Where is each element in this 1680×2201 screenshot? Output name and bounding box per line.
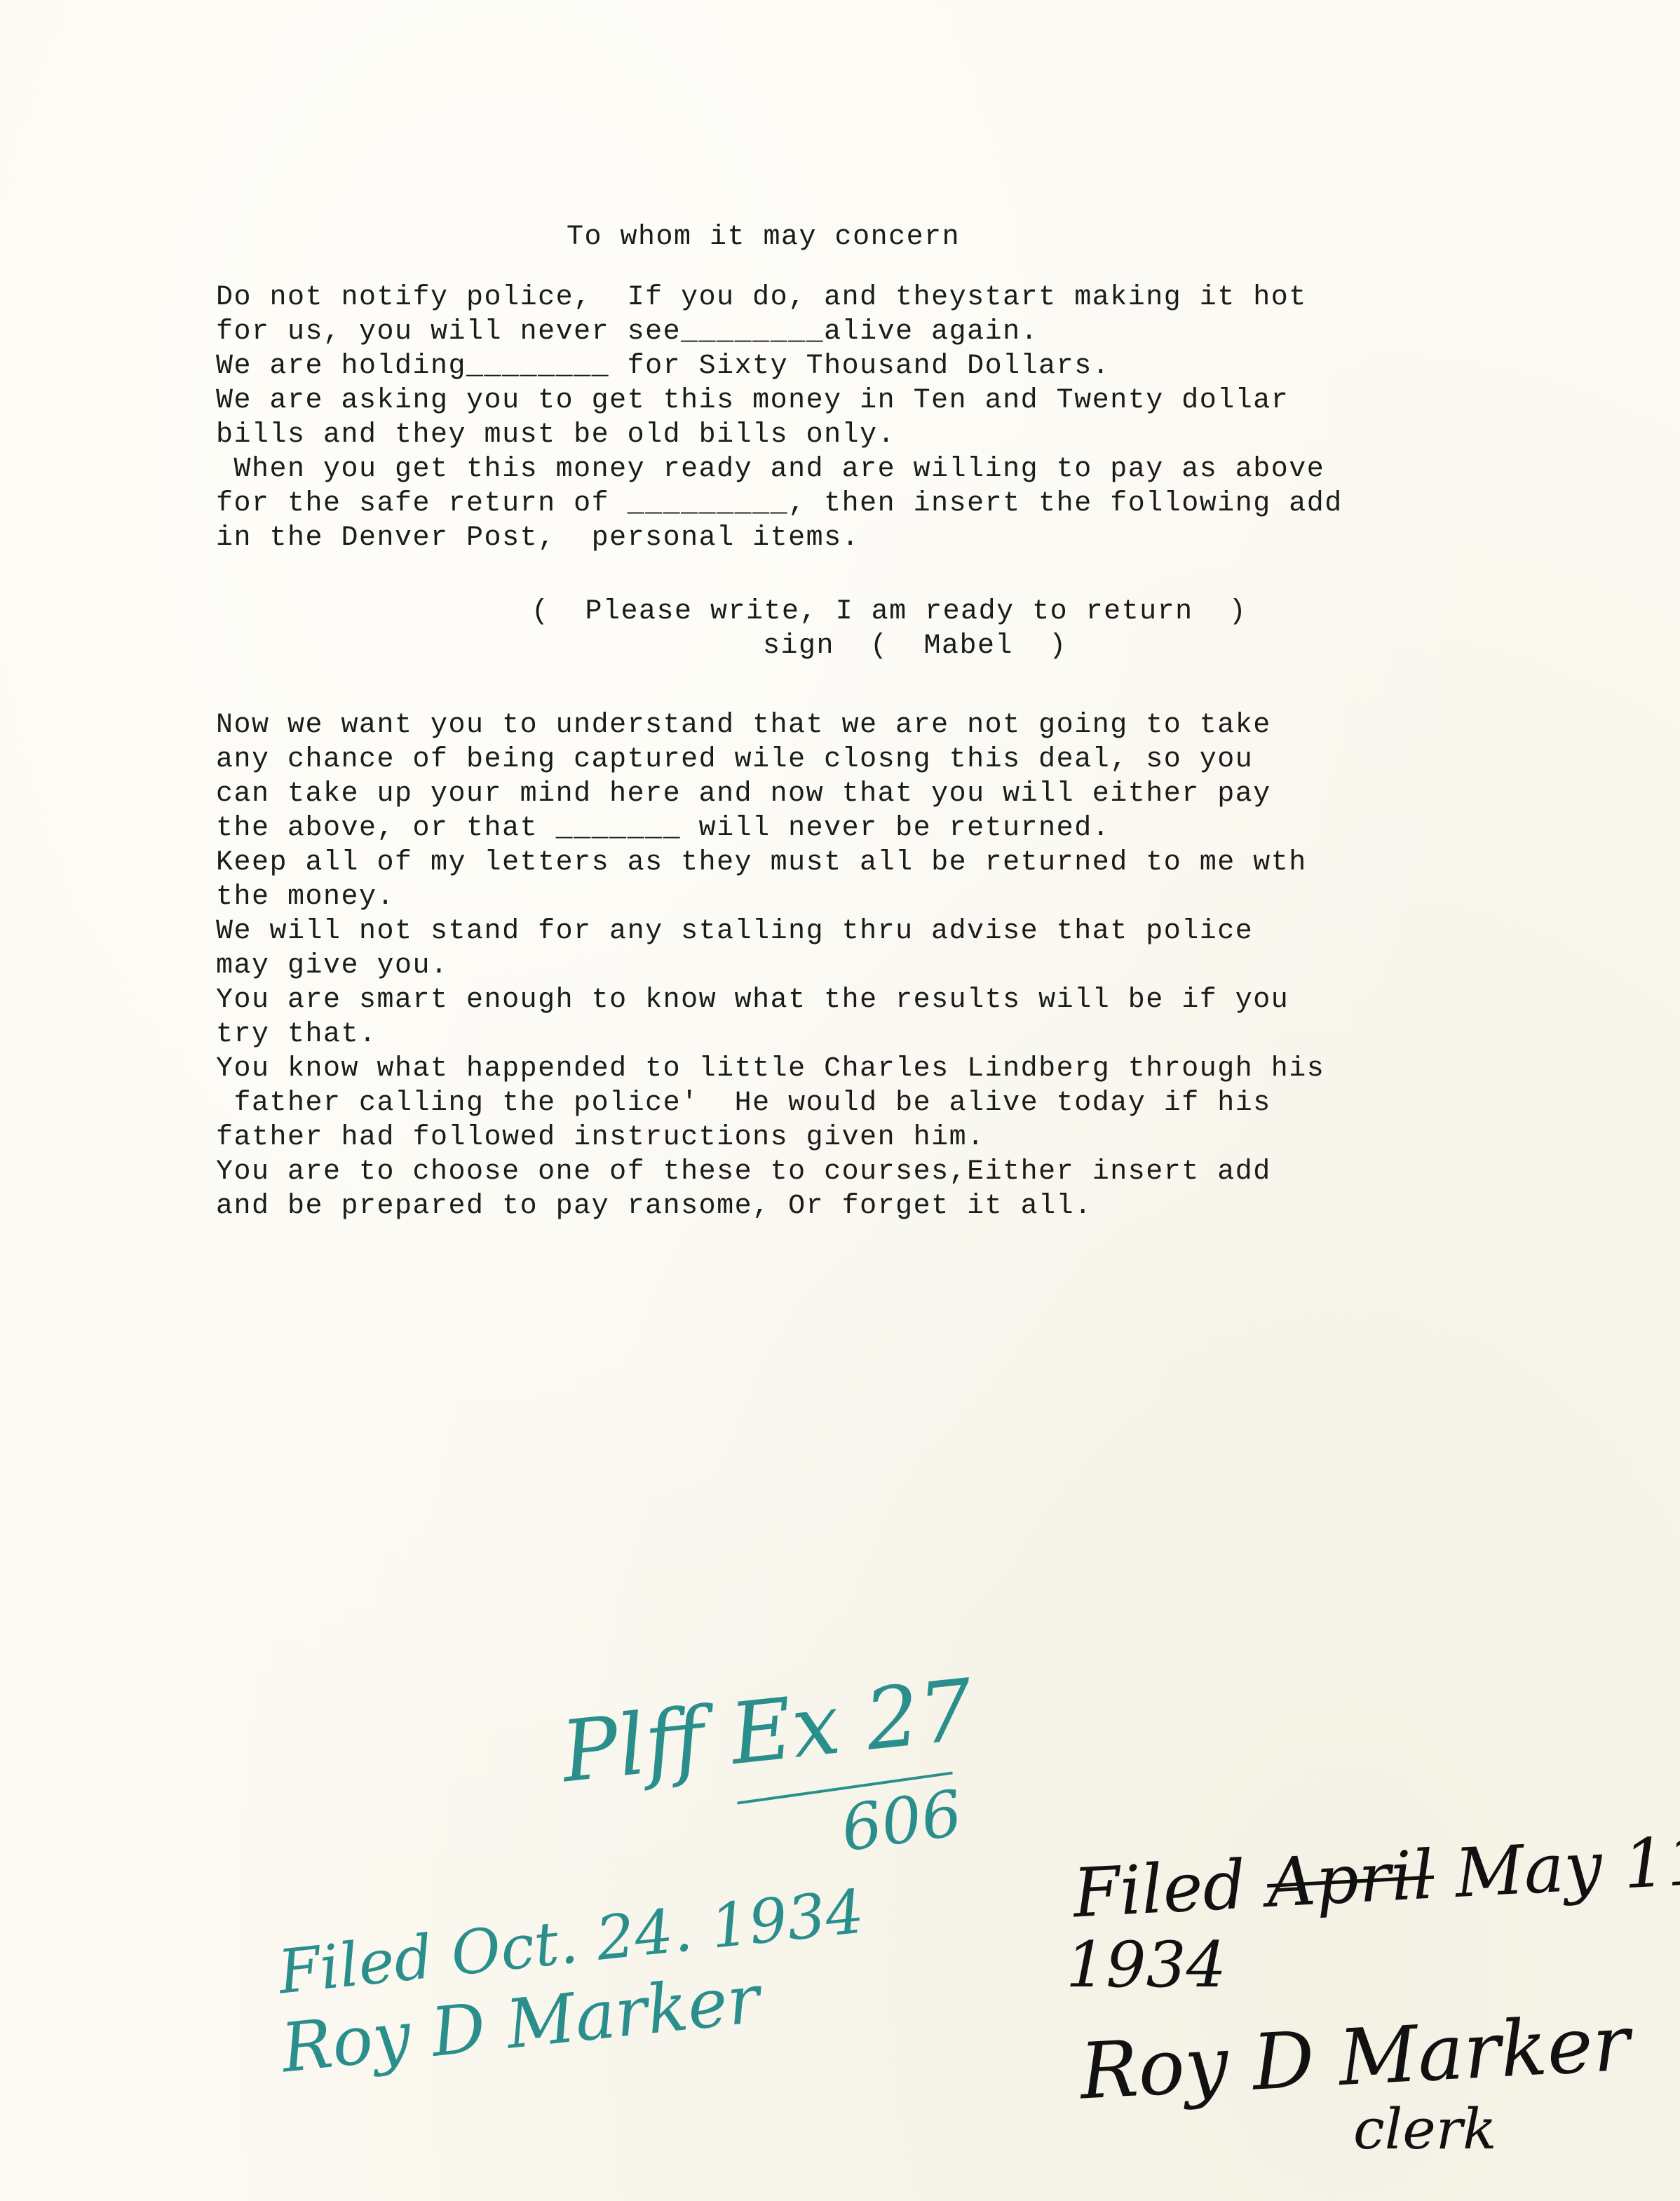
struck-month: April <box>1265 1836 1436 1923</box>
text-line: any chance of being captured wile closng… <box>216 743 1325 777</box>
text-line: Now we want you to understand that we ar… <box>216 708 1325 743</box>
text-line: father calling the police' He would be a… <box>216 1086 1325 1120</box>
filed-prefix: Filed <box>1071 1846 1248 1933</box>
text-line: You are smart enough to know what the re… <box>216 983 1325 1017</box>
letter-title: To whom it may concern <box>391 220 1408 255</box>
paragraph-2: Now we want you to understand that we ar… <box>216 708 1325 1224</box>
text-line: the money. <box>216 880 1325 914</box>
text-line: father had followed instructions given h… <box>216 1120 1325 1155</box>
text-line: may give you. <box>216 949 1325 983</box>
text-line: You know what happended to little Charle… <box>216 1052 1325 1086</box>
text-line: Keep all of my letters as they must all … <box>216 846 1325 880</box>
ad-line: ( Please write, I am ready to return ) <box>531 595 1247 629</box>
text-line: and be prepared to pay ransome, Or forge… <box>216 1189 1325 1224</box>
filed-year-right: 1934 <box>1066 1928 1226 2002</box>
paragraph-1: Do not notify police, If you do, and the… <box>216 280 1343 555</box>
ad-text-block: ( Please write, I am ready to return ) s… <box>531 595 1247 663</box>
text-line: We will not stand for any stalling thru … <box>216 914 1325 949</box>
filed-date: May 11. <box>1453 1820 1680 1913</box>
text-line: We are holding________ for Sixty Thousan… <box>216 349 1343 384</box>
text-line: We are asking you to get this money in T… <box>216 384 1343 418</box>
text-line: You are to choose one of these to course… <box>216 1155 1325 1189</box>
text-line: can take up your mind here and now that … <box>216 777 1325 811</box>
clerk-title: clerk <box>1353 2097 1496 2162</box>
ad-sign-line: sign ( Mabel ) <box>531 629 1247 663</box>
text-line: the above, or that _______ will never be… <box>216 811 1325 846</box>
text-line: When you get this money ready and are wi… <box>216 452 1343 487</box>
text-line: for us, you will never see________alive … <box>216 315 1343 349</box>
text-line: bills and they must be old bills only. <box>216 418 1343 452</box>
text-line: Do not notify police, If you do, and the… <box>216 280 1343 315</box>
text-line: for the safe return of _________, then i… <box>216 487 1343 521</box>
text-line: in the Denver Post, personal items. <box>216 521 1343 555</box>
text-line: try that. <box>216 1017 1325 1052</box>
